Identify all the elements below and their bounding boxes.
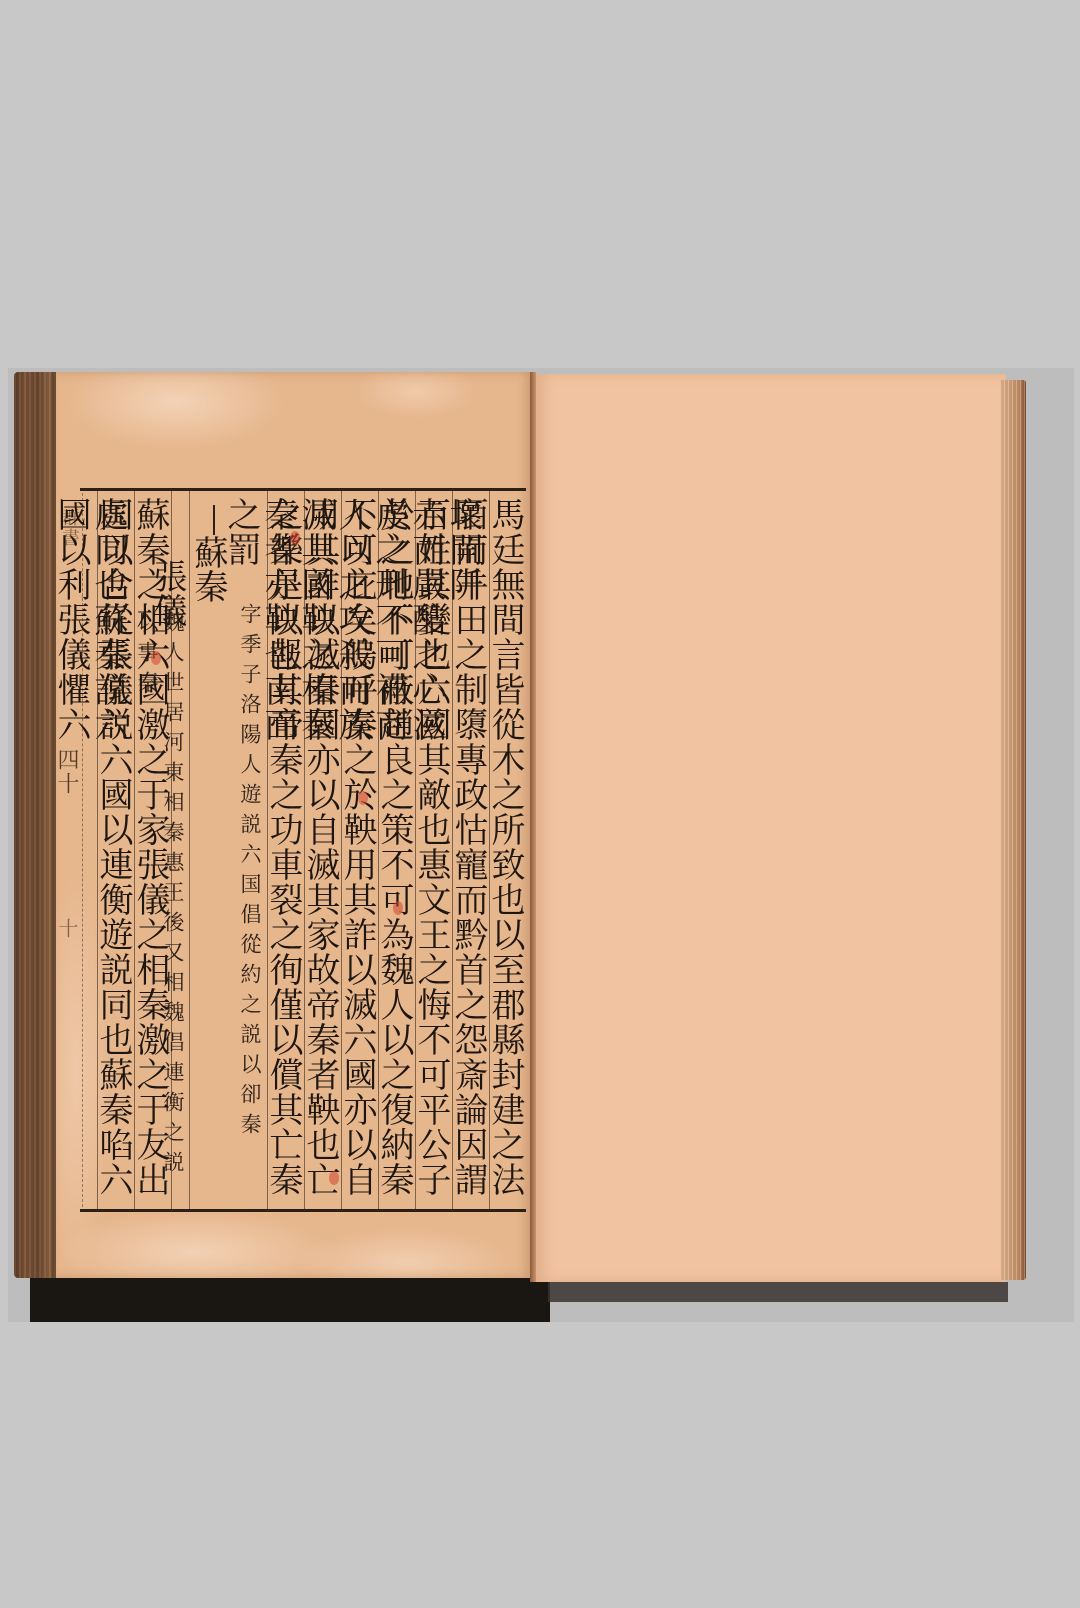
text-column-4: 於之地不可蔽趙良之策不可為魏人以之復納秦人以之攻殺而族 [378, 491, 415, 1209]
red-annotation-dot [329, 1171, 339, 1185]
column-text: 国以合從張儀説六國以連衡遊説同也蘇秦啗六國以利張儀懼六 [98, 497, 134, 1209]
entry-note-su-qin: 字季子洛陽人遊説六国倡從約之説以卻秦 [237, 603, 263, 1143]
red-annotation-dot [151, 651, 161, 665]
column-text: 百姓其變也六國其敵也惠文王之悔不可平公子虔之刑不可補商 [416, 497, 452, 1209]
red-annotation-dot [290, 531, 300, 545]
column-text: 馬廷無間言皆從木之所致也以至郡縣封建之法壞開阡 [490, 497, 526, 1209]
book-shadow-right [548, 1282, 1008, 1302]
column-text: 蘇秦之相六國激之于家張儀之相秦激之于友出處同也蘇秦説六 [135, 497, 171, 1209]
entry-column: 蘇秦 字季子洛陽人遊説六国倡從約之説以卻秦 張儀 魏人世居河東相秦惠王後又相魏倡… [189, 491, 267, 1209]
text-column-3: 百姓其變也六國其敵也惠文王之悔不可平公子虔之刑不可補商 [415, 491, 452, 1209]
book-fore-edge-right [1000, 380, 1026, 1280]
entry-marker [213, 505, 215, 535]
red-annotation-dot [358, 791, 368, 805]
margin-folio-number: 四十 [58, 748, 82, 796]
column-text: 陌而井田之制隳專政怙寵而黔首之怨斎論因謂赤而嚴酷之心滋 [453, 497, 489, 1209]
margin-folio-lower: 十 [58, 918, 82, 940]
entry-heading-su-qin: 蘇秦 [193, 535, 233, 603]
column-text: 用其詐以滅秦國亦以自滅其家故帝秦者鞅也亡秦者亦鞅也南面 [305, 497, 341, 1209]
right-page-blank [536, 374, 1006, 1282]
text-column-6: 用其詐以滅秦國亦以自滅其家故帝秦者鞅也亡秦者亦鞅也南面 [304, 491, 341, 1209]
book-shadow-left [30, 1278, 550, 1322]
printed-text-block: 馬廷無間言皆從木之所致也以至郡縣封建之法壞開阡 陌而井田之制隳專政怙寵而黔首之怨… [80, 488, 526, 1212]
text-column-9: 国以合從張儀説六國以連衡遊説同也蘇秦啗六國以利張儀懼六 [97, 491, 134, 1209]
column-text: 不可庇矣嗚呼秦之於鞅用其詐以滅六國亦以自滅其國鞅之相秦 [342, 497, 378, 1209]
text-column-1: 馬廷無間言皆從木之所致也以至郡縣封建之法壞開阡 [489, 491, 526, 1209]
text-column-7: 之樂是以報其帝秦之功車裂之徇僅以償其亡秦之罰 [267, 491, 304, 1209]
column-text: 之樂是以報其帝秦之功車裂之徇僅以償其亡秦之罰 [268, 497, 304, 1209]
text-column-5: 不可庇矣嗚呼秦之於鞅用其詐以滅六國亦以自滅其國鞅之相秦 [341, 491, 378, 1209]
text-columns: 馬廷無間言皆從木之所致也以至郡縣封建之法壞開阡 陌而井田之制隳專政怙寵而黔首之怨… [80, 491, 526, 1209]
spacer-column [171, 491, 189, 1209]
red-annotation-dot [393, 901, 403, 915]
text-column-2: 陌而井田之制隳專政怙寵而黔首之怨斎論因謂赤而嚴酷之心滋 [452, 491, 489, 1209]
text-column-8: 蘇秦之相六國激之于家張儀之相秦激之于友出處同也蘇秦説六 [134, 491, 171, 1209]
column-text: 於之地不可蔽趙良之策不可為魏人以之復納秦人以之攻殺而族 [379, 497, 415, 1209]
